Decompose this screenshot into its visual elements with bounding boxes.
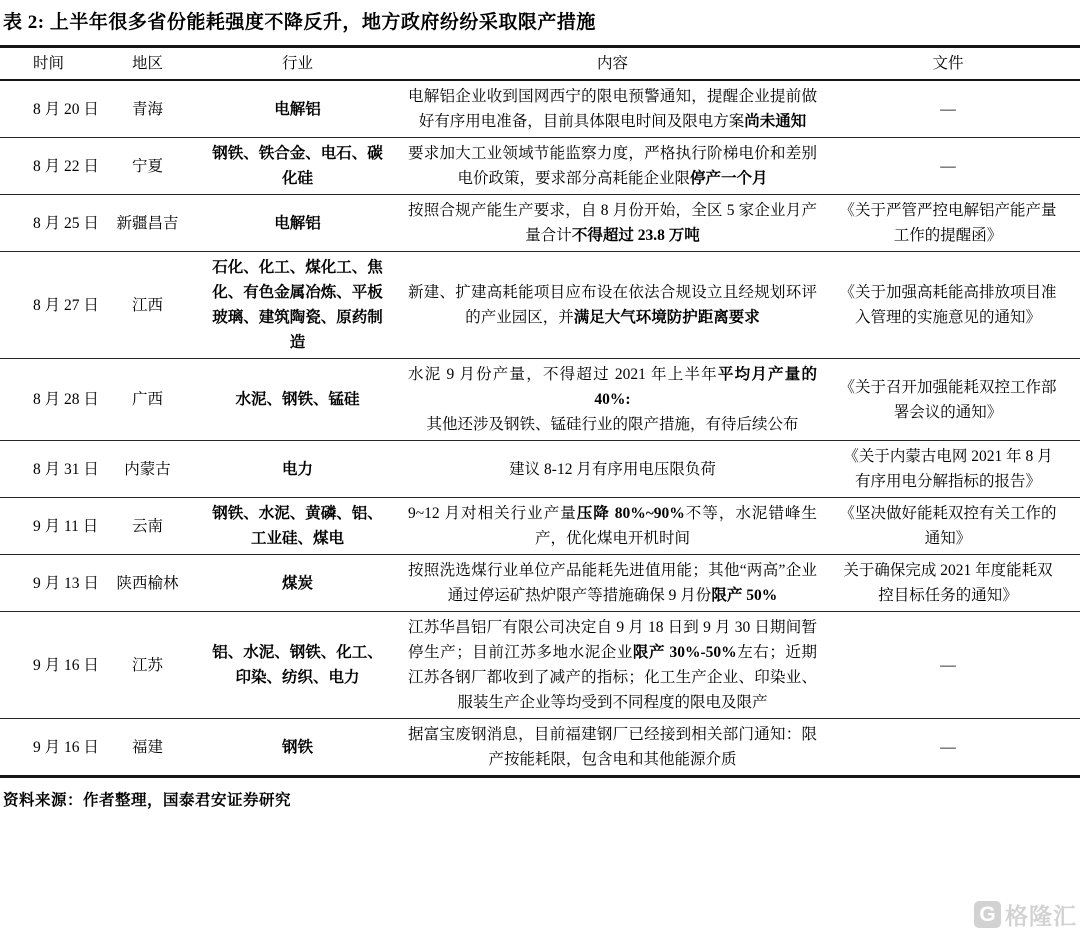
header-row: 时间 地区 行业 内容 文件 — [0, 47, 1080, 81]
table-row: 9 月 11 日云南钢铁、水泥、黄磷、铝、工业硅、煤电9~12 月对相关行业产量… — [0, 498, 1080, 555]
table-row: 9 月 16 日江苏铝、水泥、钢铁、化工、印染、纺织、电力江苏华昌铝厂有限公司决… — [0, 612, 1080, 719]
region-cell: 宁夏 — [105, 138, 190, 195]
time-cell: 8 月 28 日 — [0, 359, 105, 441]
table-row: 8 月 31 日内蒙古电力建议 8-12 月有序用电压限负荷《关于内蒙古电网 2… — [0, 441, 1080, 498]
gelonghui-logo-text: 格隆汇 — [1005, 898, 1077, 931]
header-industry: 行业 — [190, 47, 405, 81]
table-body: 8 月 20 日青海电解铝电解铝企业收到国网西宁的限电预警通知，提醒企业提前做好… — [0, 80, 1080, 777]
content-cell: 9~12 月对相关行业产量压降 80%~90%不等，水泥错峰生产，优化煤电开机时… — [405, 498, 820, 555]
industry-cell: 电力 — [190, 441, 405, 498]
region-cell: 内蒙古 — [105, 441, 190, 498]
region-cell: 新疆昌吉 — [105, 195, 190, 252]
industry-cell: 铝、水泥、钢铁、化工、印染、纺织、电力 — [190, 612, 405, 719]
region-cell: 云南 — [105, 498, 190, 555]
content-cell: 要求加大工业领域节能监察力度，严格执行阶梯电价和差别电价政策，要求部分高耗能企业… — [405, 138, 820, 195]
region-cell: 江苏 — [105, 612, 190, 719]
file-cell: — — [820, 138, 1080, 195]
header-region: 地区 — [105, 47, 190, 81]
file-cell: 《关于召开加强能耗双控工作部署会议的通知》 — [820, 359, 1080, 441]
file-cell: — — [820, 612, 1080, 719]
table-header: 时间 地区 行业 内容 文件 — [0, 47, 1080, 81]
time-cell: 9 月 11 日 — [0, 498, 105, 555]
gelonghui-logo: G 格隆汇 — [974, 898, 1077, 931]
table-row: 9 月 13 日陕西榆林煤炭按照洗选煤行业单位产品能耗先进值用能；其他“两高”企… — [0, 555, 1080, 612]
time-cell: 8 月 27 日 — [0, 252, 105, 359]
time-cell: 8 月 20 日 — [0, 80, 105, 138]
content-cell: 江苏华昌铝厂有限公司决定自 9 月 18 日到 9 月 30 日期间暂停生产；目… — [405, 612, 820, 719]
content-cell: 电解铝企业收到国网西宁的限电预警通知，提醒企业提前做好有序用电准备，目前具体限电… — [405, 80, 820, 138]
industry-cell: 电解铝 — [190, 195, 405, 252]
file-cell: 关于确保完成 2021 年度能耗双控目标任务的通知》 — [820, 555, 1080, 612]
file-cell: — — [820, 719, 1080, 777]
region-cell: 陕西榆林 — [105, 555, 190, 612]
region-cell: 广西 — [105, 359, 190, 441]
industry-cell: 钢铁 — [190, 719, 405, 777]
time-cell: 9 月 13 日 — [0, 555, 105, 612]
content-cell: 水泥 9 月份产量，不得超过 2021 年上半年平均月产量的 40%: 其他还涉… — [405, 359, 820, 441]
industry-cell: 煤炭 — [190, 555, 405, 612]
header-content: 内容 — [405, 47, 820, 81]
table-row: 8 月 25 日新疆昌吉电解铝按照合规产能生产要求，自 8 月份开始，全区 5 … — [0, 195, 1080, 252]
content-cell: 据富宝废钢消息，目前福建钢厂已经接到相关部门通知：限产按能耗限，包含电和其他能源… — [405, 719, 820, 777]
table-row: 8 月 22 日宁夏钢铁、铁合金、电石、碳化硅要求加大工业领域节能监察力度，严格… — [0, 138, 1080, 195]
content-cell: 按照合规产能生产要求，自 8 月份开始，全区 5 家企业月产量合计不得超过 23… — [405, 195, 820, 252]
content-cell: 建议 8-12 月有序用电压限负荷 — [405, 441, 820, 498]
time-cell: 9 月 16 日 — [0, 719, 105, 777]
region-cell: 福建 — [105, 719, 190, 777]
content-cell: 按照洗选煤行业单位产品能耗先进值用能；其他“两高”企业通过停运矿热炉限产等措施确… — [405, 555, 820, 612]
header-time: 时间 — [0, 47, 105, 81]
table-row: 8 月 28 日广西水泥、钢铁、锰硅水泥 9 月份产量，不得超过 2021 年上… — [0, 359, 1080, 441]
file-cell: — — [820, 80, 1080, 138]
industry-cell: 石化、化工、煤化工、焦化、有色金属冶炼、平板玻璃、建筑陶瓷、原药制造 — [190, 252, 405, 359]
file-cell: 《关于严管严控电解铝产能产量工作的提醒函》 — [820, 195, 1080, 252]
file-cell: 《坚决做好能耗双控有关工作的通知》 — [820, 498, 1080, 555]
table-row: 9 月 16 日福建钢铁据富宝废钢消息，目前福建钢厂已经接到相关部门通知：限产按… — [0, 719, 1080, 777]
region-cell: 青海 — [105, 80, 190, 138]
time-cell: 8 月 22 日 — [0, 138, 105, 195]
region-cell: 江西 — [105, 252, 190, 359]
time-cell: 9 月 16 日 — [0, 612, 105, 719]
table-title: 表 2: 上半年很多省份能耗强度不降反升，地方政府纷纷采取限产措施 — [0, 0, 1080, 45]
gelonghui-logo-icon: G — [974, 901, 1001, 928]
industry-cell: 钢铁、水泥、黄磷、铝、工业硅、煤电 — [190, 498, 405, 555]
table-row: 8 月 20 日青海电解铝电解铝企业收到国网西宁的限电预警通知，提醒企业提前做好… — [0, 80, 1080, 138]
file-cell: 《关于内蒙古电网 2021 年 8 月有序用电分解指标的报告》 — [820, 441, 1080, 498]
industry-cell: 水泥、钢铁、锰硅 — [190, 359, 405, 441]
time-cell: 8 月 31 日 — [0, 441, 105, 498]
restriction-table: 时间 地区 行业 内容 文件 8 月 20 日青海电解铝电解铝企业收到国网西宁的… — [0, 45, 1080, 778]
content-cell: 新建、扩建高耗能项目应布设在依法合规设立且经规划环评的产业园区，并满足大气环境防… — [405, 252, 820, 359]
time-cell: 8 月 25 日 — [0, 195, 105, 252]
file-cell: 《关于加强高耗能高排放项目准入管理的实施意见的通知》 — [820, 252, 1080, 359]
header-file: 文件 — [820, 47, 1080, 81]
industry-cell: 电解铝 — [190, 80, 405, 138]
table-row: 8 月 27 日江西石化、化工、煤化工、焦化、有色金属冶炼、平板玻璃、建筑陶瓷、… — [0, 252, 1080, 359]
industry-cell: 钢铁、铁合金、电石、碳化硅 — [190, 138, 405, 195]
source-note: 资料来源：作者整理，国泰君安证券研究 — [0, 778, 1080, 810]
